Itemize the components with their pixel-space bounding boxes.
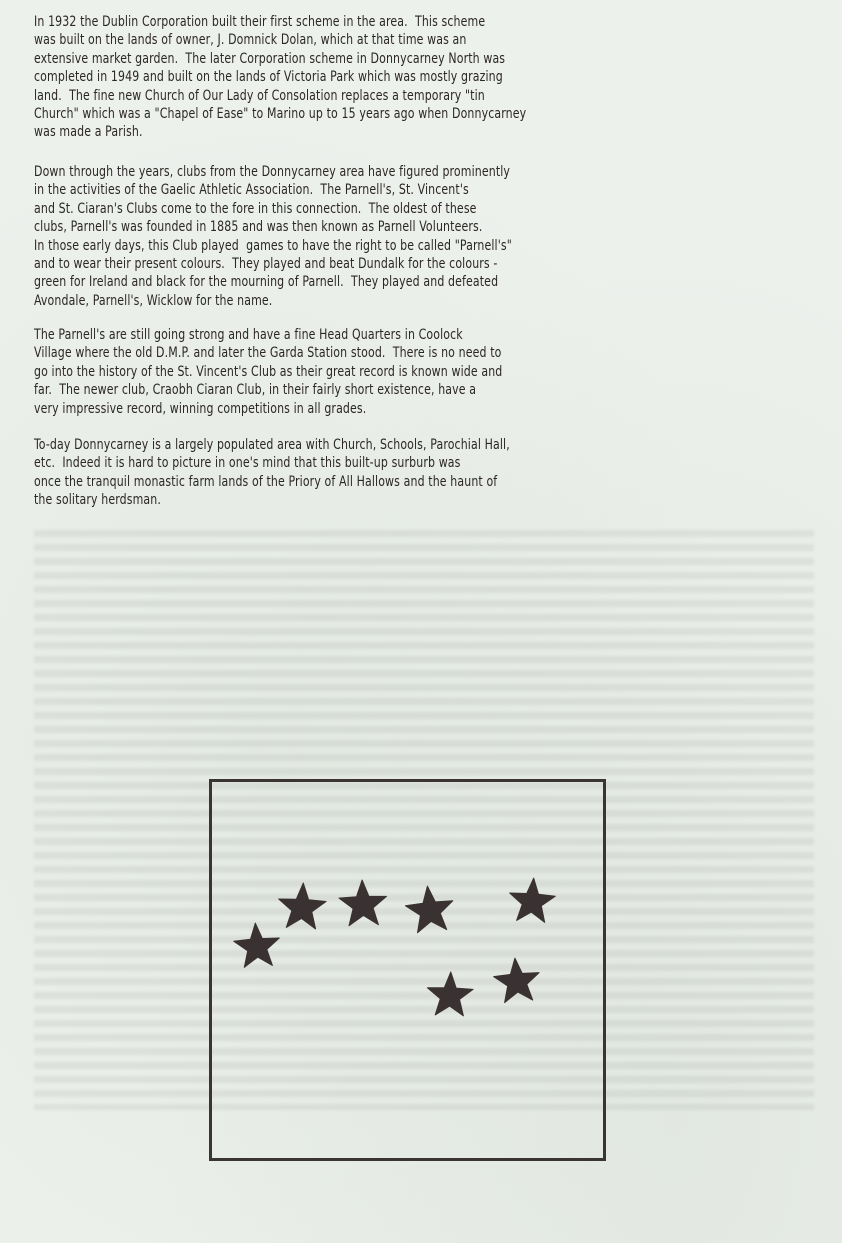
star-icon [279,883,326,929]
star-icon [494,958,539,1003]
star-icon [234,923,280,967]
plough-stars-illustration [0,0,842,1243]
star-icon [406,886,453,933]
star-icon [510,878,556,922]
star-icon [339,880,387,926]
scanned-page: In 1932 the Dublin Corporation built the… [0,0,842,1243]
star-icon [427,972,473,1016]
